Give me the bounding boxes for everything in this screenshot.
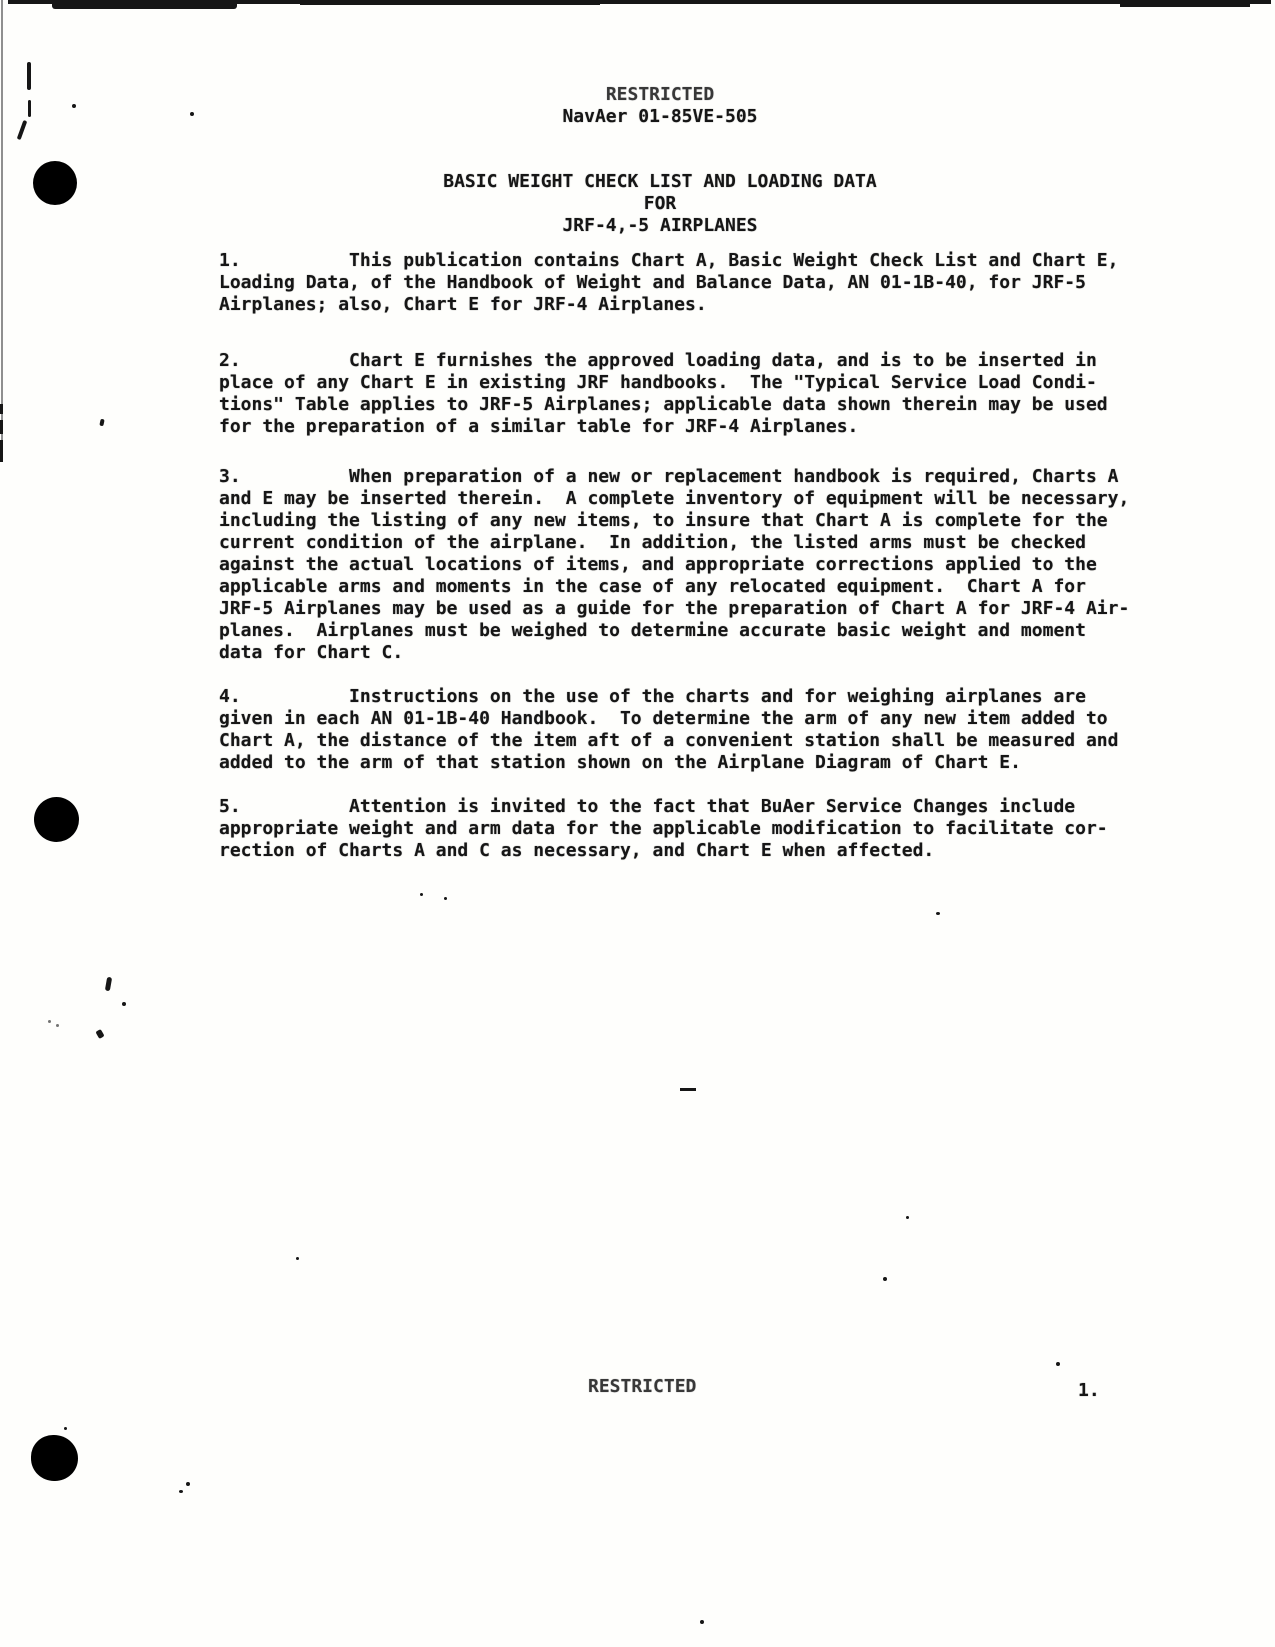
stray-mark-apostrophe bbox=[105, 977, 112, 992]
hole-punch-middle bbox=[34, 797, 79, 842]
scan-left-edge-dash bbox=[0, 404, 3, 414]
paragraph-2: 2. Chart E furnishes the approved loadin… bbox=[219, 350, 1108, 438]
paragraph-1: 1. This publication contains Chart A, Ba… bbox=[219, 250, 1118, 316]
stray-dot bbox=[122, 1002, 126, 1006]
stray-dot bbox=[186, 1482, 190, 1486]
paragraph-3: 3. When preparation of a new or replacem… bbox=[219, 466, 1129, 664]
stray-dot bbox=[700, 1620, 704, 1624]
stray-dot bbox=[936, 912, 940, 915]
hole-punch-bottom bbox=[31, 1435, 78, 1481]
scan-top-edge-segment bbox=[300, 0, 600, 5]
stray-dash bbox=[680, 1088, 696, 1091]
stray-dot bbox=[883, 1277, 887, 1281]
stray-dot bbox=[420, 893, 423, 896]
doc-number: NavAer 01-85VE-505 bbox=[0, 106, 1275, 128]
scan-left-edge-dash bbox=[0, 440, 3, 462]
paragraph-4: 4. Instructions on the use of the charts… bbox=[219, 686, 1118, 774]
stray-mark bbox=[99, 419, 104, 427]
scanned-document-page: RESTRICTED NavAer 01-85VE-505 BASIC WEIG… bbox=[0, 0, 1275, 1647]
classification-footer: RESTRICTED bbox=[588, 1376, 696, 1398]
stray-dot bbox=[179, 1490, 183, 1493]
stray-dot bbox=[1056, 1362, 1060, 1366]
stray-dot bbox=[906, 1216, 909, 1219]
page-number: 1. bbox=[1078, 1380, 1100, 1402]
stray-dot bbox=[48, 1020, 51, 1023]
classification-header: RESTRICTED bbox=[0, 84, 1275, 106]
scan-left-edge-dash bbox=[0, 420, 3, 434]
page-title-line3: JRF-4,-5 AIRPLANES bbox=[0, 215, 1275, 237]
stray-mark bbox=[95, 1029, 104, 1039]
page-title-line1: BASIC WEIGHT CHECK LIST AND LOADING DATA bbox=[0, 171, 1275, 193]
scan-top-edge-thick bbox=[52, 0, 237, 9]
stray-dot bbox=[56, 1024, 59, 1027]
stray-dot bbox=[296, 1257, 299, 1260]
stray-dot bbox=[444, 897, 447, 900]
scan-top-edge-segment bbox=[1120, 0, 1250, 7]
stray-dot bbox=[64, 1427, 67, 1430]
page-title-line2: FOR bbox=[0, 193, 1275, 215]
paragraph-5: 5. Attention is invited to the fact that… bbox=[219, 796, 1108, 862]
